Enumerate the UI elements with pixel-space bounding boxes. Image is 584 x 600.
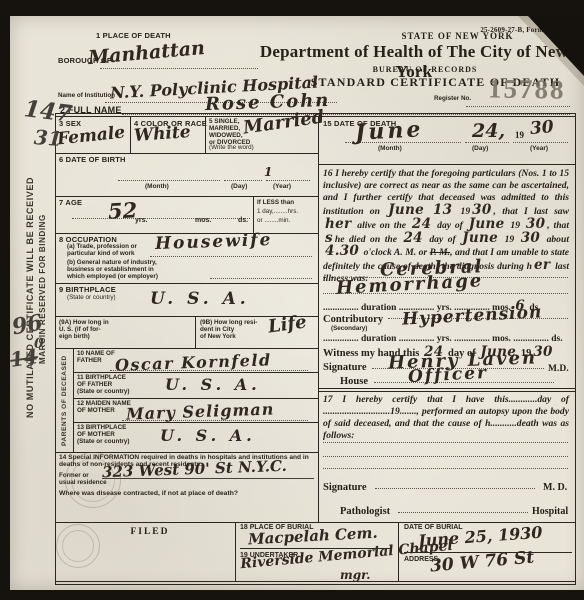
certificate-scan: NO MUTILATED CERTIFICATE WILL BE RECEIVE… <box>0 0 584 600</box>
pathologist-label: Pathologist <box>340 506 390 519</box>
hospital-label: Hospital <box>532 506 568 518</box>
mother-birthplace-label: 13 BIRTHPLACE OF MOTHER (State or countr… <box>77 424 129 445</box>
occupation-a-label: (a) Trade, profession or particular kind… <box>67 243 162 257</box>
occupation-b-label: (b) General nature of industry, business… <box>67 259 217 280</box>
text-segment: about <box>542 234 569 245</box>
mother-birthplace-value: U. S. A. <box>160 426 256 445</box>
place-of-death-label: 1 PLACE OF DEATH <box>96 31 171 40</box>
how-long-us-label: (9A) How long in U. S. (if of for- eign … <box>59 319 189 340</box>
text-segment: day of <box>433 220 466 231</box>
filed-label: FILED <box>110 527 190 538</box>
parents-of-deceased-label: PARENTS OF DECEASED <box>61 355 68 446</box>
signature-label: Signature <box>323 362 367 375</box>
occupation-a-value: Housewife <box>155 230 273 254</box>
margin-note-mutilated: NO MUTILATED CERTIFICATE WILL BE RECEIVE… <box>25 177 35 418</box>
text-segment: 19 <box>500 234 519 245</box>
text-segment: 4.30 <box>323 243 361 259</box>
father-birthplace-value: U. S. A. <box>165 375 261 394</box>
house-label: House <box>340 376 368 389</box>
text-segment: alive on the <box>353 220 410 231</box>
text-segment: o'clock A. M. or <box>361 247 430 258</box>
house-officer-value: Officer <box>408 363 489 387</box>
date-of-death-year: 30 <box>529 117 554 139</box>
age-value: 52 <box>107 197 138 223</box>
dob-day-caption: (Day) <box>231 183 247 190</box>
age-less-label-2: 1 day,........hrs. <box>257 208 298 215</box>
date-of-death-month: June <box>354 116 424 146</box>
date-of-death-day: 24, <box>472 120 505 142</box>
undertaker-note: mgr. <box>340 568 371 582</box>
certificate-paper: NO MUTILATED CERTIFICATE WILL BE RECEIVE… <box>10 16 584 590</box>
father-birthplace-label: 11 BIRTHPLACE OF FATHER (State or countr… <box>77 374 129 395</box>
dob-label: 6 DATE OF BIRTH <box>59 155 126 164</box>
age-label: 7 AGE <box>59 198 82 207</box>
bureau-heading: BUREAU OF RECORDS <box>340 65 510 75</box>
dob-month-caption: (Month) <box>145 183 169 190</box>
age-ds-label: ds. <box>238 217 248 224</box>
margin-pencil-number: 147 <box>23 95 74 128</box>
marital-hint: (Write the word) <box>209 144 254 151</box>
text-segment: day of <box>425 234 460 245</box>
birthplace-value: U. S. A. <box>150 289 250 309</box>
color-race-value: White <box>133 122 191 146</box>
dod-day-caption: (Day) <box>472 145 488 152</box>
text-segment: 19 <box>507 220 524 231</box>
signature2-label: Signature <box>323 482 367 495</box>
dod-month-caption: (Month) <box>378 145 402 152</box>
text-segment: June <box>460 230 500 246</box>
age-less-label-3: or ........min. <box>257 217 290 224</box>
text-segment: ............... duration ...............… <box>323 334 563 344</box>
dob-year-mark: 1 <box>264 165 272 179</box>
text-segment: 30 <box>519 230 542 246</box>
birthplace-hint: (State or country) <box>67 294 116 301</box>
text-segment: , that <box>547 220 569 231</box>
birthplace-label: 9 BIRTHPLACE <box>59 285 116 294</box>
dob-year-caption: (Year) <box>273 183 291 190</box>
secondary-caption: (Secondary) <box>331 325 367 332</box>
text-segment: 24 <box>401 230 424 246</box>
age-less-label-1: If LESS than <box>257 199 294 206</box>
dod-year-caption: (Year) <box>530 145 548 152</box>
md2-label: M. D. <box>543 482 567 494</box>
faint-round-stamp <box>56 524 100 568</box>
margin-pencil-number: 14 <box>8 344 39 372</box>
how-long-nyc-value: Life <box>267 311 308 337</box>
age-mos-label: mos. <box>195 217 211 224</box>
corner-fold <box>528 16 584 76</box>
